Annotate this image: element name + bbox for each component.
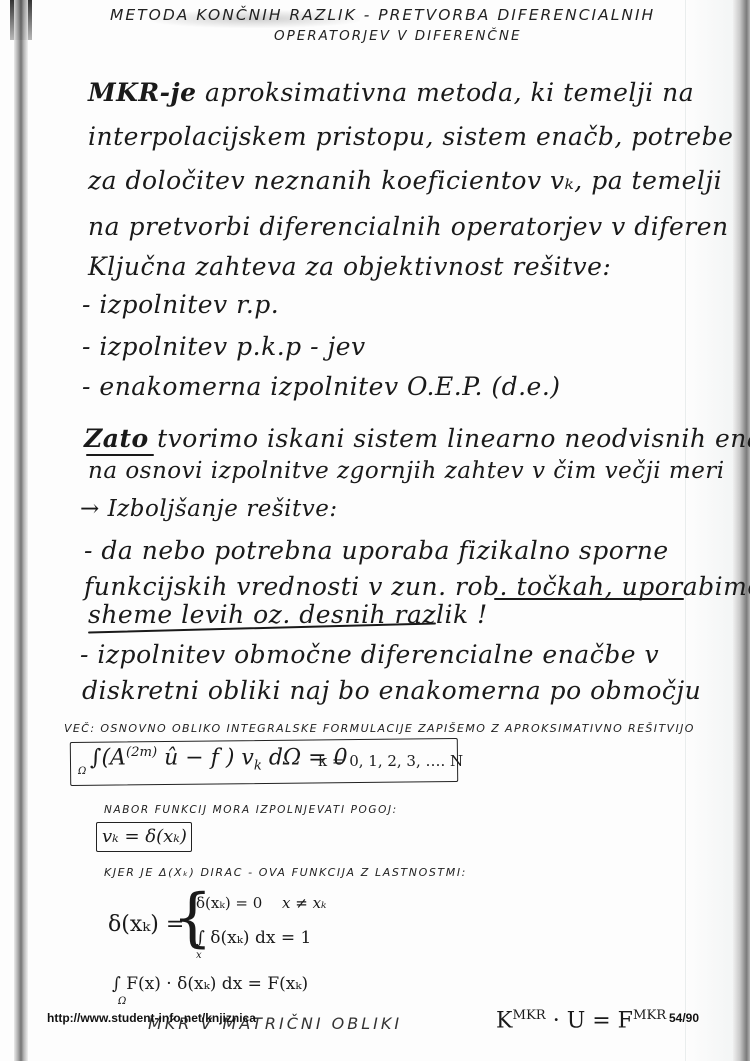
page-title: METODA KONČNIH RAZLIK - PRETVORBA DIFERE… — [110, 6, 655, 24]
integral-superscript: (2m) — [126, 745, 157, 760]
condition-formula: vₖ = δ(xₖ) — [102, 826, 187, 847]
index-range: k = 0, 1, 2, 3, …. N — [318, 752, 463, 770]
matrix-f-sup: MKR — [633, 1008, 666, 1023]
integral-rest: û − f ) v — [157, 745, 254, 770]
paragraph1-line5: Ključna zahteva za objektivnost rešitve: — [88, 252, 611, 281]
paragraph1-line3: za določitev neznanih koeficientov vₖ, p… — [88, 166, 722, 195]
improvement-item: funkcijskih vrednosti v zun. rob. točkah… — [84, 572, 750, 601]
paragraph2-lead: Zato — [84, 424, 149, 453]
paragraph1-lead: MKR-je — [88, 78, 197, 107]
nabor-line: NABOR FUNKCIJ MORA IZPOLNJEVATI POGOJ: — [104, 804, 398, 816]
page-subtitle: OPERATORJEV V DIFERENČNE — [274, 28, 521, 44]
dirac-case1-condition: x ≠ xₖ — [282, 894, 327, 912]
improvement-item: diskretni obliki naj bo enakomerna po ob… — [82, 676, 701, 705]
integral-subscript: k — [254, 759, 262, 774]
zato-underline — [86, 454, 154, 456]
paragraph2-line2: na osnovi izpolnitve zgornjih zahtev v č… — [88, 458, 725, 484]
integral-formula: ∫(A(2m) û − f ) vk dΩ = 0 — [90, 745, 348, 774]
kjer-line: KJER JE δ(xₖ) DIRAC - OVA FUNKCIJA Z LAS… — [104, 866, 467, 879]
paragraph1-line1: MKR-je aproksimativna metoda, ki temelji… — [88, 78, 694, 107]
matrix-equation: KMKR · U = FMKR — [496, 1008, 666, 1033]
page-number: 54/90 — [669, 1011, 699, 1025]
binding-shadow — [14, 0, 28, 1061]
sifting-property: ∫ F(x) · δ(xₖ) dx = F(xₖ) — [112, 974, 308, 994]
vec-line: VEČ: OSNOVNO OBLIKO INTEGRALSKE FORMULAC… — [64, 722, 695, 735]
dirac-case2: ∫ δ(xₖ) dx = 1 — [196, 928, 311, 948]
uporabimo-underline — [494, 598, 684, 600]
dirac-case2-limit: x — [196, 950, 202, 961]
requirement-item: - izpolnitev r.p. — [82, 290, 279, 319]
requirement-item: - izpolnitev p.k.p - jev — [82, 332, 366, 361]
improvement-item: - da nebo potrebna uporaba fizikalno spo… — [84, 536, 669, 565]
improvement-item: - izpolnitev območne diferencialne enačb… — [80, 640, 659, 669]
paragraph1-line1-text: aproksimativna metoda, ki temelji na — [205, 78, 694, 107]
footer-url[interactable]: http://www.student-info.net/knjiznica — [47, 1011, 256, 1025]
paragraph1-line2: interpolacijskem pristopu, sistem enačb,… — [88, 122, 733, 151]
matrix-mid: · U = F — [546, 1008, 633, 1033]
paragraph2-line1-text: tvorimo iskani sistem linearno neodvisni… — [157, 424, 750, 453]
matrix-k-sup: MKR — [512, 1008, 545, 1023]
paragraph2-line1: Zato tvorimo iskani sistem linearno neod… — [84, 424, 750, 453]
improvement-heading: → Izboljšanje rešitve: — [80, 496, 338, 522]
page-edge — [733, 0, 750, 1061]
matrix-k: K — [496, 1008, 512, 1033]
scanned-page: METODA KONČNIH RAZLIK - PRETVORBA DIFERE… — [0, 0, 750, 1061]
sifting-limit: Ω — [118, 996, 126, 1007]
requirement-item: - enakomerna izpolnitev O.E.P. (d.e.) — [82, 372, 561, 401]
integral-domain: Ω — [78, 766, 86, 777]
dirac-case1: δ(xₖ) = 0 — [196, 894, 262, 912]
page-fold — [685, 0, 734, 1061]
integral-expression: ∫(A — [90, 745, 126, 770]
paragraph1-line4: na pretvorbi diferencialnih operatorjev … — [88, 212, 729, 241]
